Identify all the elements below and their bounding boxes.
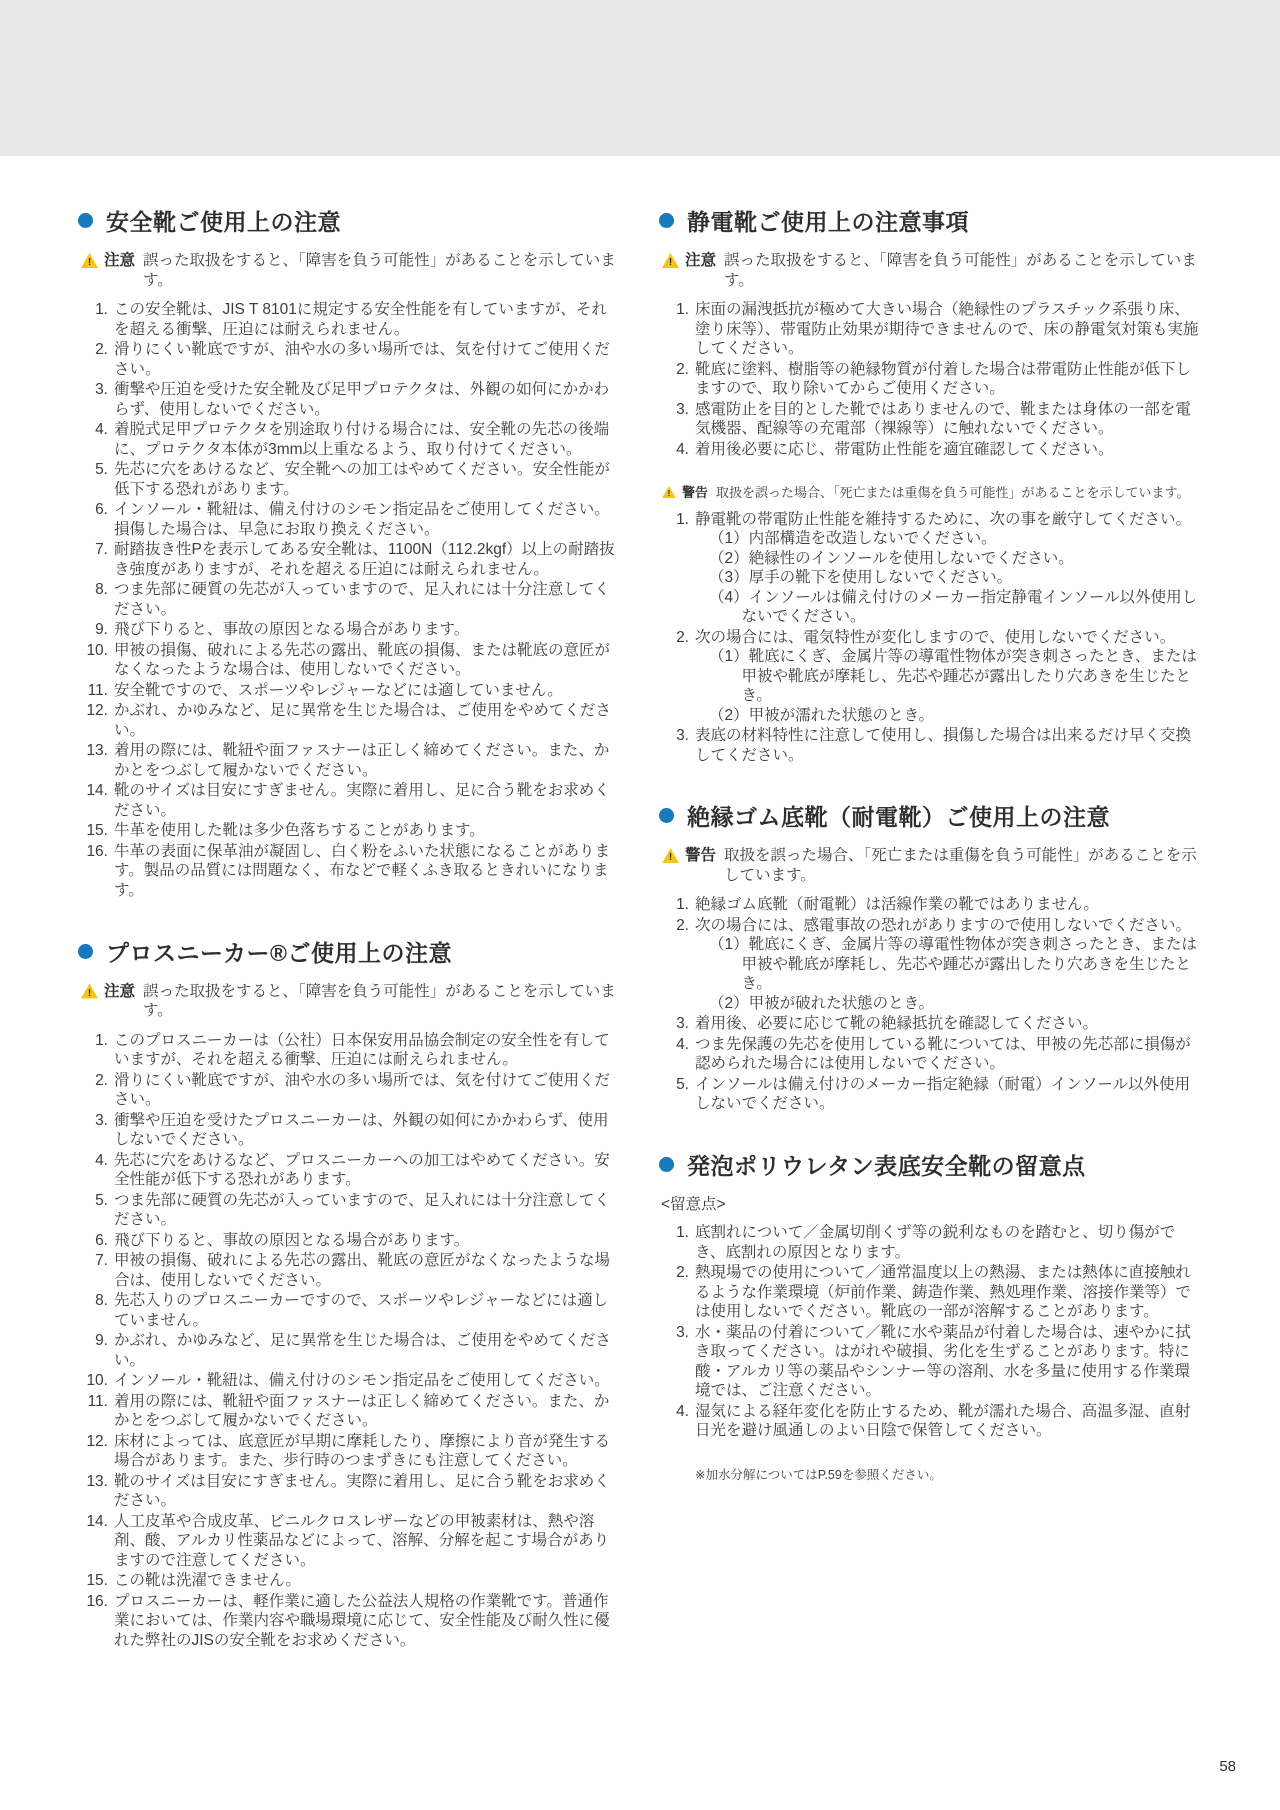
item-number: 5. xyxy=(78,1191,108,1230)
item-number: 14. xyxy=(78,1512,108,1571)
item-text: 靴のサイズは目安にすぎません。実際に着用し、足に合う靴をお求めください。 xyxy=(114,1472,619,1511)
list-item: 12.かぶれ、かゆみなど、足に異常を生じた場合は、ご使用をやめてください。 xyxy=(78,701,619,740)
item-text: 次の場合には、感電事故の恐れがありますので使用しないでください。（1）靴底にくぎ… xyxy=(695,916,1200,1014)
item-number: 14. xyxy=(78,781,108,820)
item-number: 13. xyxy=(78,1472,108,1511)
item-number: 12. xyxy=(78,701,108,740)
list-item: 10.甲被の損傷、破れによる先芯の露出、靴底の損傷、または靴底の意匠がなくなった… xyxy=(78,641,619,680)
note-text: 誤った取扱をすると、「障害を負う可能性」があることを示しています。 xyxy=(143,982,619,1021)
item-number: 1. xyxy=(78,1031,108,1070)
list-item: 14.靴のサイズは目安にすぎません。実際に着用し、足に合う靴をお求めください。 xyxy=(78,781,619,820)
numbered-list: 1.床面の漏洩抵抗が極めて大きい場合（絶縁性のプラスチック系張り床、塗り床等）、… xyxy=(659,300,1200,459)
numbered-list: 1.絶縁ゴム底靴（耐電靴）は活線作業の靴ではありません。2.次の場合には、感電事… xyxy=(659,895,1200,1114)
sub-item: （4）インソールは備え付けのメーカー指定静電インソール以外使用しないでください。 xyxy=(695,588,1200,627)
bullet-dot-icon xyxy=(659,1157,674,1172)
item-text: 絶縁ゴム底靴（耐電靴）は活線作業の靴ではありません。 xyxy=(695,895,1200,915)
section-title-text: 発泡ポリウレタン表底安全靴の留意点 xyxy=(687,1148,1086,1181)
item-text: 牛革の表面に保革油が凝固し、白く粉をふいた状態になることがあります。製品の品質に… xyxy=(114,842,619,901)
item-text: 衝撃や圧迫を受けたプロスニーカーは、外観の如何にかかわらず、使用しないでください… xyxy=(114,1111,619,1150)
section: 発泡ポリウレタン表底安全靴の留意点<留意点>1.底割れについて／金属切削くず等の… xyxy=(659,1148,1200,1483)
list-item: 6.インソール・靴紐は、備え付けのシモン指定品をご使用してください。損傷した場合… xyxy=(78,500,619,539)
item-text: 底割れについて／金属切削くず等の鋭利なものを踏むと、切り傷ができ、底割れの原因と… xyxy=(695,1223,1200,1262)
bullet-dot-icon xyxy=(78,213,93,228)
list-item: 5.インソールは備え付けのメーカー指定絶縁（耐電）インソール以外使用しないでくだ… xyxy=(659,1075,1200,1114)
list-item: 14.人工皮革や合成皮革、ビニルクロスレザーなどの甲被素材は、熱や溶剤、酸、アル… xyxy=(78,1512,619,1571)
item-text: 衝撃や圧迫を受けた安全靴及び足甲プロテクタは、外観の如何にかかわらず、使用しない… xyxy=(114,380,619,419)
item-number: 2. xyxy=(659,1263,689,1322)
item-text: 飛び下りると、事故の原因となる場合があります。 xyxy=(114,620,619,640)
item-number: 1. xyxy=(659,300,689,359)
item-number: 3. xyxy=(78,380,108,419)
warning-note: !警告取扱を誤った場合、「死亡または重傷を負う可能性」があることを示しています。 xyxy=(662,846,1200,885)
item-number: 9. xyxy=(78,620,108,640)
item-text: 湿気による経年変化を防止するため、靴が濡れた場合、高温多湿、直射日光を避け風通し… xyxy=(695,1402,1200,1441)
list-item: 4.湿気による経年変化を防止するため、靴が濡れた場合、高温多湿、直射日光を避け風… xyxy=(659,1402,1200,1441)
item-number: 3. xyxy=(78,1111,108,1150)
column-left: 安全靴ご使用上の注意!注意誤った取扱をすると、「障害を負う可能性」があることを示… xyxy=(78,204,619,1677)
item-text: 先芯に穴をあけるなど、安全靴への加工はやめてください。安全性能が低下する恐れがあ… xyxy=(114,460,619,499)
list-item: 2.次の場合には、感電事故の恐れがありますので使用しないでください。（1）靴底に… xyxy=(659,916,1200,1014)
list-item: 16.プロスニーカーは、軽作業に適した公益法人規格の作業靴です。普通作業において… xyxy=(78,1592,619,1651)
item-number: 15. xyxy=(78,821,108,841)
item-text: つま先部に硬質の先芯が入っていますので、足入れには十分注意してください。 xyxy=(114,1191,619,1230)
item-number: 10. xyxy=(78,641,108,680)
note-text: 誤った取扱をすると、「障害を負う可能性」があることを示しています。 xyxy=(143,251,619,290)
section-title: 絶縁ゴム底靴（耐電靴）ご使用上の注意 xyxy=(659,799,1200,832)
item-number: 1. xyxy=(659,1223,689,1262)
item-number: 11. xyxy=(78,1392,108,1431)
item-number: 8. xyxy=(78,1291,108,1330)
list-item: 2.次の場合には、電気特性が変化しますので、使用しないでください。（1）靴底にく… xyxy=(659,628,1200,726)
item-text: 滑りにくい靴底ですが、油や水の多い場所では、気を付けてご使用ください。 xyxy=(114,340,619,379)
list-item: 3.表底の材料特性に注意して使用し、損傷した場合は出来るだけ早く交換してください… xyxy=(659,726,1200,765)
sub-item: （2）絶縁性のインソールを使用しないでください。 xyxy=(695,549,1200,569)
caution-note: !注意誤った取扱をすると、「障害を負う可能性」があることを示しています。 xyxy=(662,251,1200,290)
item-number: 10. xyxy=(78,1371,108,1391)
note-label: 警告 xyxy=(685,846,716,866)
item-number: 7. xyxy=(78,1251,108,1290)
note-label: 注意 xyxy=(104,982,135,1002)
caution-note: !注意誤った取扱をすると、「障害を負う可能性」があることを示しています。 xyxy=(81,982,619,1021)
item-text: かぶれ、かゆみなど、足に異常を生じた場合は、ご使用をやめてください。 xyxy=(114,1331,619,1370)
item-text: 先芯入りのプロスニーカーですので、スポーツやレジャーなどには適していません。 xyxy=(114,1291,619,1330)
warning-triangle-icon: ! xyxy=(662,848,679,863)
item-number: 1. xyxy=(78,300,108,339)
sub-item: （2）甲被が破れた状態のとき。 xyxy=(695,994,1200,1014)
item-number: 2. xyxy=(78,1071,108,1110)
sub-item: （1）内部構造を改造しないでください。 xyxy=(695,529,1200,549)
list-item: 5.先芯に穴をあけるなど、安全靴への加工はやめてください。安全性能が低下する恐れ… xyxy=(78,460,619,499)
list-item: 3.衝撃や圧迫を受けたプロスニーカーは、外観の如何にかかわらず、使用しないでくだ… xyxy=(78,1111,619,1150)
list-item: 8.つま先部に硬質の先芯が入っていますので、足入れには十分注意してください。 xyxy=(78,580,619,619)
numbered-list: 1.静電靴の帯電防止性能を維持するために、次の事を厳守してください。（1）内部構… xyxy=(659,510,1200,766)
item-text: 耐踏抜き性Pを表示してある安全靴は、1100N（112.2kgf）以上の耐踏抜き… xyxy=(114,540,619,579)
item-text: 表底の材料特性に注意して使用し、損傷した場合は出来るだけ早く交換してください。 xyxy=(695,726,1200,765)
section-title-text: 安全靴ご使用上の注意 xyxy=(106,204,341,237)
item-text: 安全靴ですので、スポーツやレジャーなどには適していません。 xyxy=(114,681,619,701)
item-text: 靴底に塗料、樹脂等の絶縁物質が付着した場合は帯電防止性能が低下しますので、取り除… xyxy=(695,360,1200,399)
section-title: プロスニーカー®ご使用上の注意 xyxy=(78,935,619,968)
list-item: 8.先芯入りのプロスニーカーですので、スポーツやレジャーなどには適していません。 xyxy=(78,1291,619,1330)
sub-item: （2）甲被が濡れた状態のとき。 xyxy=(695,706,1200,726)
section-title: 静電靴ご使用上の注意事項 xyxy=(659,204,1200,237)
note-text: 取扱を誤った場合、「死亡または重傷を負う可能性」があることを示しています。 xyxy=(724,846,1200,885)
list-item: 13.着用の際には、靴紐や面ファスナーは正しく締めてください。また、かかとをつぶ… xyxy=(78,741,619,780)
item-text: 滑りにくい靴底ですが、油や水の多い場所では、気を付けてご使用ください。 xyxy=(114,1071,619,1110)
catalog-page: { "page": {"number": "58"}, "colors": {"… xyxy=(0,0,1280,1810)
list-item: 1.底割れについて／金属切削くず等の鋭利なものを踏むと、切り傷ができ、底割れの原… xyxy=(659,1223,1200,1262)
list-item: 15.この靴は洗濯できません。 xyxy=(78,1571,619,1591)
list-item: 15.牛革を使用した靴は多少色落ちすることがあります。 xyxy=(78,821,619,841)
item-number: 6. xyxy=(78,1231,108,1251)
item-number: 4. xyxy=(659,1402,689,1441)
list-item: 7.甲被の損傷、破れによる先芯の露出、靴底の意匠がなくなったような場合は、使用し… xyxy=(78,1251,619,1290)
item-text: 着脱式足甲プロテクタを別途取り付ける場合には、安全靴の先芯の後端に、プロテクタ本… xyxy=(114,420,619,459)
sub-item: （1）靴底にくぎ、金属片等の導電性物体が突き刺さったとき、または甲被や靴底が摩耗… xyxy=(695,935,1200,994)
list-item: 13.靴のサイズは目安にすぎません。実際に着用し、足に合う靴をお求めください。 xyxy=(78,1472,619,1511)
item-number: 16. xyxy=(78,1592,108,1651)
item-text: 靴のサイズは目安にすぎません。実際に着用し、足に合う靴をお求めください。 xyxy=(114,781,619,820)
item-number: 4. xyxy=(659,440,689,460)
section: プロスニーカー®ご使用上の注意!注意誤った取扱をすると、「障害を負う可能性」があ… xyxy=(78,935,619,1651)
list-item: 4.着用後必要に応じ、帯電防止性能を適宜確認してください。 xyxy=(659,440,1200,460)
item-number: 6. xyxy=(78,500,108,539)
list-item: 3.着用後、必要に応じて靴の絶縁抵抗を確認してください。 xyxy=(659,1014,1200,1034)
list-item: 2.滑りにくい靴底ですが、油や水の多い場所では、気を付けてご使用ください。 xyxy=(78,340,619,379)
section-title: 安全靴ご使用上の注意 xyxy=(78,204,619,237)
item-text: つま先部に硬質の先芯が入っていますので、足入れには十分注意してください。 xyxy=(114,580,619,619)
list-item: 16.牛革の表面に保革油が凝固し、白く粉をふいた状態になることがあります。製品の… xyxy=(78,842,619,901)
item-number: 8. xyxy=(78,580,108,619)
item-text: インソール・靴紐は、備え付けのシモン指定品をご使用してください。損傷した場合は、… xyxy=(114,500,619,539)
list-item: 1.この安全靴は、JIS T 8101に規定する安全性能を有していますが、それを… xyxy=(78,300,619,339)
warning-triangle-icon: ! xyxy=(662,253,679,268)
item-number: 1. xyxy=(659,895,689,915)
list-item: 3.衝撃や圧迫を受けた安全靴及び足甲プロテクタは、外観の如何にかかわらず、使用し… xyxy=(78,380,619,419)
item-number: 4. xyxy=(78,420,108,459)
item-text: 着用後、必要に応じて靴の絶縁抵抗を確認してください。 xyxy=(695,1014,1200,1034)
item-number: 13. xyxy=(78,741,108,780)
section-title: 発泡ポリウレタン表底安全靴の留意点 xyxy=(659,1148,1200,1181)
item-number: 12. xyxy=(78,1432,108,1471)
item-number: 11. xyxy=(78,681,108,701)
item-text: 着用の際には、靴紐や面ファスナーは正しく締めてください。また、かかとをつぶして履… xyxy=(114,741,619,780)
warning-triangle-icon: ! xyxy=(662,486,676,498)
item-number: 7. xyxy=(78,540,108,579)
item-number: 16. xyxy=(78,842,108,901)
item-text: 飛び下りると、事故の原因となる場合があります。 xyxy=(114,1231,619,1251)
note-text: 誤った取扱をすると、「障害を負う可能性」があることを示しています。 xyxy=(724,251,1200,290)
item-text: 甲被の損傷、破れによる先芯の露出、靴底の損傷、または靴底の意匠がなくなったような… xyxy=(114,641,619,680)
item-text: つま先保護の先芯を使用している靴については、甲被の先芯部に損傷が認められた場合に… xyxy=(695,1035,1200,1074)
page-number: 58 xyxy=(1219,1758,1236,1775)
warning-triangle-icon: ! xyxy=(81,984,98,999)
warning-note: !警告取扱を誤った場合、「死亡または重傷を負う可能性」があることを示しています。 xyxy=(662,485,1200,501)
item-text: 着用後必要に応じ、帯電防止性能を適宜確認してください。 xyxy=(695,440,1200,460)
item-text: 熱現場での使用について／通常温度以上の熱湯、または熱体に直接触れるような作業環境… xyxy=(695,1263,1200,1322)
list-item: 9.飛び下りると、事故の原因となる場合があります。 xyxy=(78,620,619,640)
column-right: 静電靴ご使用上の注意事項!注意誤った取扱をすると、「障害を負う可能性」があること… xyxy=(659,204,1200,1677)
list-item: 1.静電靴の帯電防止性能を維持するために、次の事を厳守してください。（1）内部構… xyxy=(659,510,1200,627)
item-number: 2. xyxy=(659,628,689,726)
list-item: 4.つま先保護の先芯を使用している靴については、甲被の先芯部に損傷が認められた場… xyxy=(659,1035,1200,1074)
item-number: 4. xyxy=(659,1035,689,1074)
footnote: ※加水分解についてはP.59を参照ください。 xyxy=(695,1467,1200,1483)
note-label: 注意 xyxy=(685,251,716,271)
bullet-dot-icon xyxy=(659,808,674,823)
item-text: インソール・靴紐は、備え付けのシモン指定品をご使用してください。 xyxy=(114,1371,619,1391)
warning-triangle-icon: ! xyxy=(81,253,98,268)
item-number: 3. xyxy=(659,1323,689,1401)
item-text: プロスニーカーは、軽作業に適した公益法人規格の作業靴です。普通作業においては、作… xyxy=(114,1592,619,1651)
list-item: 12.床材によっては、底意匠が早期に摩耗したり、摩擦により音が発生する場合があり… xyxy=(78,1432,619,1471)
list-item: 5.つま先部に硬質の先芯が入っていますので、足入れには十分注意してください。 xyxy=(78,1191,619,1230)
numbered-list: 1.底割れについて／金属切削くず等の鋭利なものを踏むと、切り傷ができ、底割れの原… xyxy=(659,1223,1200,1441)
bullet-dot-icon xyxy=(659,213,674,228)
list-item: 1.床面の漏洩抵抗が極めて大きい場合（絶縁性のプラスチック系張り床、塗り床等）、… xyxy=(659,300,1200,359)
item-text: 人工皮革や合成皮革、ビニルクロスレザーなどの甲被素材は、熱や溶剤、酸、アルカリ性… xyxy=(114,1512,619,1571)
list-item: 2.熱現場での使用について／通常温度以上の熱湯、または熱体に直接触れるような作業… xyxy=(659,1263,1200,1322)
list-item: 2.滑りにくい靴底ですが、油や水の多い場所では、気を付けてご使用ください。 xyxy=(78,1071,619,1110)
item-text: この靴は洗濯できません。 xyxy=(114,1571,619,1591)
note-label: 注意 xyxy=(104,251,135,271)
list-item: 1.このプロスニーカーは（公社）日本保安用品協会制定の安全性を有していますが、そ… xyxy=(78,1031,619,1070)
item-number: 2. xyxy=(78,340,108,379)
item-text: この安全靴は、JIS T 8101に規定する安全性能を有していますが、それを超え… xyxy=(114,300,619,339)
list-item: 4.先芯に穴をあけるなど、プロスニーカーへの加工はやめてください。安全性能が低下… xyxy=(78,1151,619,1190)
item-number: 15. xyxy=(78,1571,108,1591)
list-intro: <留意点> xyxy=(661,1195,1200,1215)
note-text: 取扱を誤った場合、「死亡または重傷を負う可能性」があることを示しています。 xyxy=(716,485,1200,501)
item-text: このプロスニーカーは（公社）日本保安用品協会制定の安全性を有していますが、それを… xyxy=(114,1031,619,1070)
numbered-list: 1.この安全靴は、JIS T 8101に規定する安全性能を有していますが、それを… xyxy=(78,300,619,900)
item-number: 4. xyxy=(78,1151,108,1190)
item-text: 着用の際には、靴紐や面ファスナーは正しく締めてください。また、かかとをつぶして履… xyxy=(114,1392,619,1431)
item-number: 2. xyxy=(659,916,689,1014)
item-text: 感電防止を目的とした靴ではありませんので、靴または身体の一部を電気機器、配線等の… xyxy=(695,400,1200,439)
item-number: 2. xyxy=(659,360,689,399)
sub-item: （3）厚手の靴下を使用しないでください。 xyxy=(695,568,1200,588)
item-text: 牛革を使用した靴は多少色落ちすることがあります。 xyxy=(114,821,619,841)
item-text: インソールは備え付けのメーカー指定絶縁（耐電）インソール以外使用しないでください… xyxy=(695,1075,1200,1114)
item-number: 3. xyxy=(659,400,689,439)
item-text: 甲被の損傷、破れによる先芯の露出、靴底の意匠がなくなったような場合は、使用しない… xyxy=(114,1251,619,1290)
caution-note: !注意誤った取扱をすると、「障害を負う可能性」があることを示しています。 xyxy=(81,251,619,290)
item-text: 床材によっては、底意匠が早期に摩耗したり、摩擦により音が発生する場合があります。… xyxy=(114,1432,619,1471)
sub-item: （1）靴底にくぎ、金属片等の導電性物体が突き刺さったとき、または甲被や靴底が摩耗… xyxy=(695,647,1200,706)
section-title-text: プロスニーカー®ご使用上の注意 xyxy=(106,935,452,968)
item-number: 1. xyxy=(659,510,689,627)
section: 静電靴ご使用上の注意事項!注意誤った取扱をすると、「障害を負う可能性」があること… xyxy=(659,204,1200,765)
list-item: 11.安全靴ですので、スポーツやレジャーなどには適していません。 xyxy=(78,681,619,701)
list-item: 7.耐踏抜き性Pを表示してある安全靴は、1100N（112.2kgf）以上の耐踏… xyxy=(78,540,619,579)
numbered-list: 1.このプロスニーカーは（公社）日本保安用品協会制定の安全性を有していますが、そ… xyxy=(78,1031,619,1651)
item-text: 静電靴の帯電防止性能を維持するために、次の事を厳守してください。（1）内部構造を… xyxy=(695,510,1200,627)
list-item: 3.水・薬品の付着について／靴に水や薬品が付着した場合は、速やかに拭き取ってくだ… xyxy=(659,1323,1200,1401)
list-item: 10.インソール・靴紐は、備え付けのシモン指定品をご使用してください。 xyxy=(78,1371,619,1391)
item-text: 水・薬品の付着について／靴に水や薬品が付着した場合は、速やかに拭き取ってください… xyxy=(695,1323,1200,1401)
section: 安全靴ご使用上の注意!注意誤った取扱をすると、「障害を負う可能性」があることを示… xyxy=(78,204,619,901)
page-content: 安全靴ご使用上の注意!注意誤った取扱をすると、「障害を負う可能性」があることを示… xyxy=(0,156,1280,1677)
item-text: 床面の漏洩抵抗が極めて大きい場合（絶縁性のプラスチック系張り床、塗り床等）、帯電… xyxy=(695,300,1200,359)
top-gray-band xyxy=(0,0,1280,156)
item-number: 3. xyxy=(659,1014,689,1034)
item-number: 3. xyxy=(659,726,689,765)
note-label: 警告 xyxy=(682,485,708,501)
item-text: 先芯に穴をあけるなど、プロスニーカーへの加工はやめてください。安全性能が低下する… xyxy=(114,1151,619,1190)
list-item: 1.絶縁ゴム底靴（耐電靴）は活線作業の靴ではありません。 xyxy=(659,895,1200,915)
item-number: 9. xyxy=(78,1331,108,1370)
list-item: 9.かぶれ、かゆみなど、足に異常を生じた場合は、ご使用をやめてください。 xyxy=(78,1331,619,1370)
section-title-text: 静電靴ご使用上の注意事項 xyxy=(687,204,969,237)
bullet-dot-icon xyxy=(78,944,93,959)
section: 絶縁ゴム底靴（耐電靴）ご使用上の注意!警告取扱を誤った場合、「死亡または重傷を負… xyxy=(659,799,1200,1114)
item-text: 次の場合には、電気特性が変化しますので、使用しないでください。（1）靴底にくぎ、… xyxy=(695,628,1200,726)
list-item: 11.着用の際には、靴紐や面ファスナーは正しく締めてください。また、かかとをつぶ… xyxy=(78,1392,619,1431)
item-number: 5. xyxy=(78,460,108,499)
list-item: 2.靴底に塗料、樹脂等の絶縁物質が付着した場合は帯電防止性能が低下しますので、取… xyxy=(659,360,1200,399)
section-title-text: 絶縁ゴム底靴（耐電靴）ご使用上の注意 xyxy=(687,799,1110,832)
list-item: 4.着脱式足甲プロテクタを別途取り付ける場合には、安全靴の先芯の後端に、プロテク… xyxy=(78,420,619,459)
list-item: 6.飛び下りると、事故の原因となる場合があります。 xyxy=(78,1231,619,1251)
item-text: かぶれ、かゆみなど、足に異常を生じた場合は、ご使用をやめてください。 xyxy=(114,701,619,740)
item-number: 5. xyxy=(659,1075,689,1114)
list-item: 3.感電防止を目的とした靴ではありませんので、靴または身体の一部を電気機器、配線… xyxy=(659,400,1200,439)
